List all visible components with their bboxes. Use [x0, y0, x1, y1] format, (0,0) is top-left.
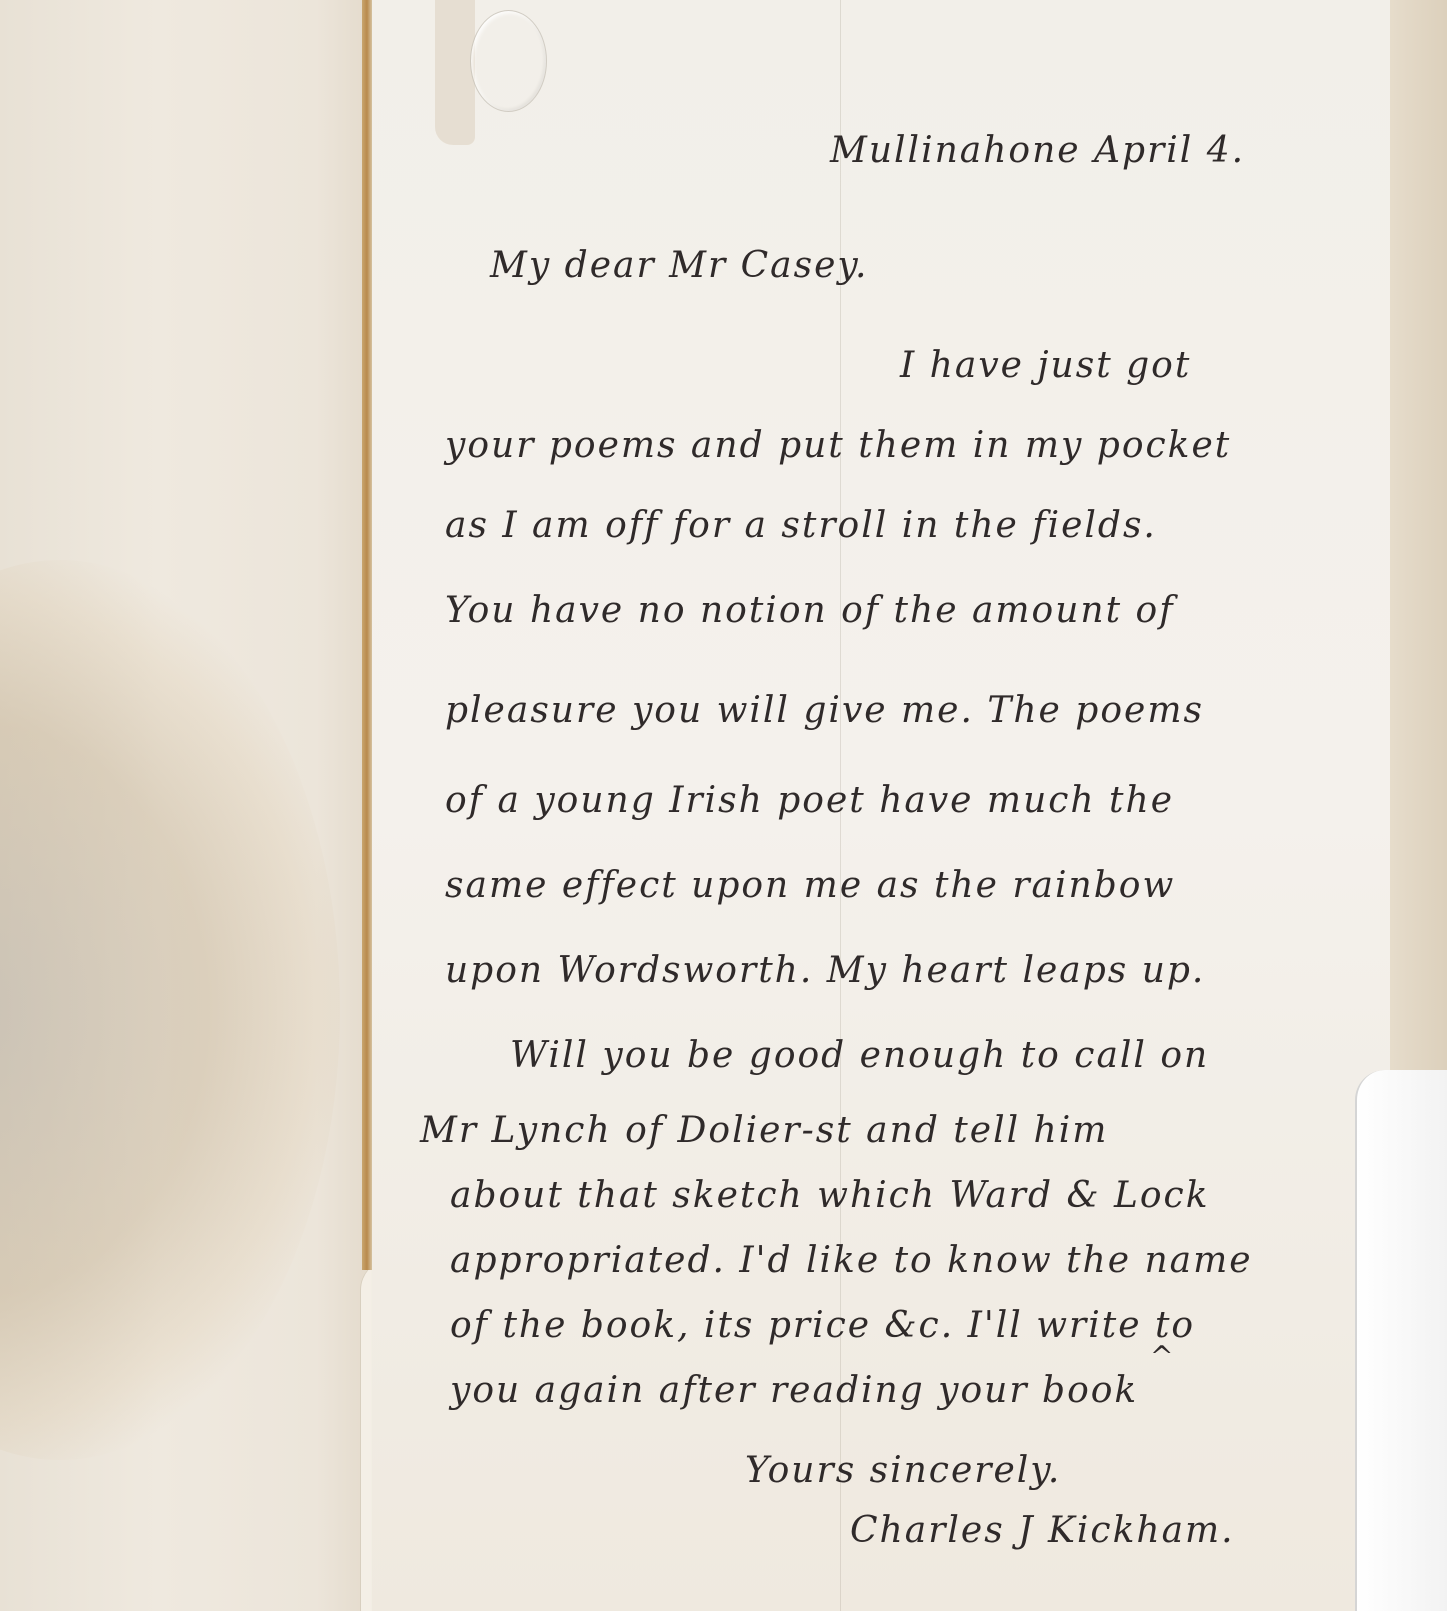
water-stain — [0, 560, 340, 1460]
body-line: upon Wordsworth. My heart leaps up. — [445, 950, 1205, 991]
body-line: You have no notion of the amount of — [445, 590, 1175, 631]
body-line: appropriated. I'd like to know the name — [450, 1240, 1253, 1281]
letter-salutation: My dear Mr Casey. — [490, 245, 868, 286]
insertion-mark: ^ — [1150, 1340, 1173, 1373]
letter-closing: Yours sincerely. — [745, 1450, 1061, 1491]
letter-signature: Charles J Kickham. — [850, 1510, 1235, 1551]
body-line: of a young Irish poet have much the — [445, 780, 1174, 821]
body-line: of the book, its price &c. I'll write to — [450, 1305, 1195, 1346]
body-line: Will you be good enough to call on — [510, 1035, 1209, 1076]
display-clip — [1355, 1070, 1447, 1611]
body-line: I have just got — [900, 345, 1191, 386]
facing-page — [0, 0, 395, 1611]
letter-date: Mullinahone April 4. — [830, 130, 1245, 171]
body-line: same effect upon me as the rainbow — [445, 865, 1175, 906]
body-line: pleasure you will give me. The poems — [445, 690, 1204, 731]
binding-gutter — [362, 0, 372, 1270]
body-line: you again after reading your book — [450, 1370, 1138, 1411]
body-line: your poems and put them in my pocket — [445, 425, 1231, 466]
body-line: about that sketch which Ward & Lock — [450, 1175, 1210, 1216]
hinge-strip — [435, 0, 475, 145]
embossed-stamp — [470, 10, 547, 112]
body-line: as I am off for a stroll in the fields. — [445, 505, 1157, 546]
body-line: Mr Lynch of Dolier-st and tell him — [420, 1110, 1108, 1151]
